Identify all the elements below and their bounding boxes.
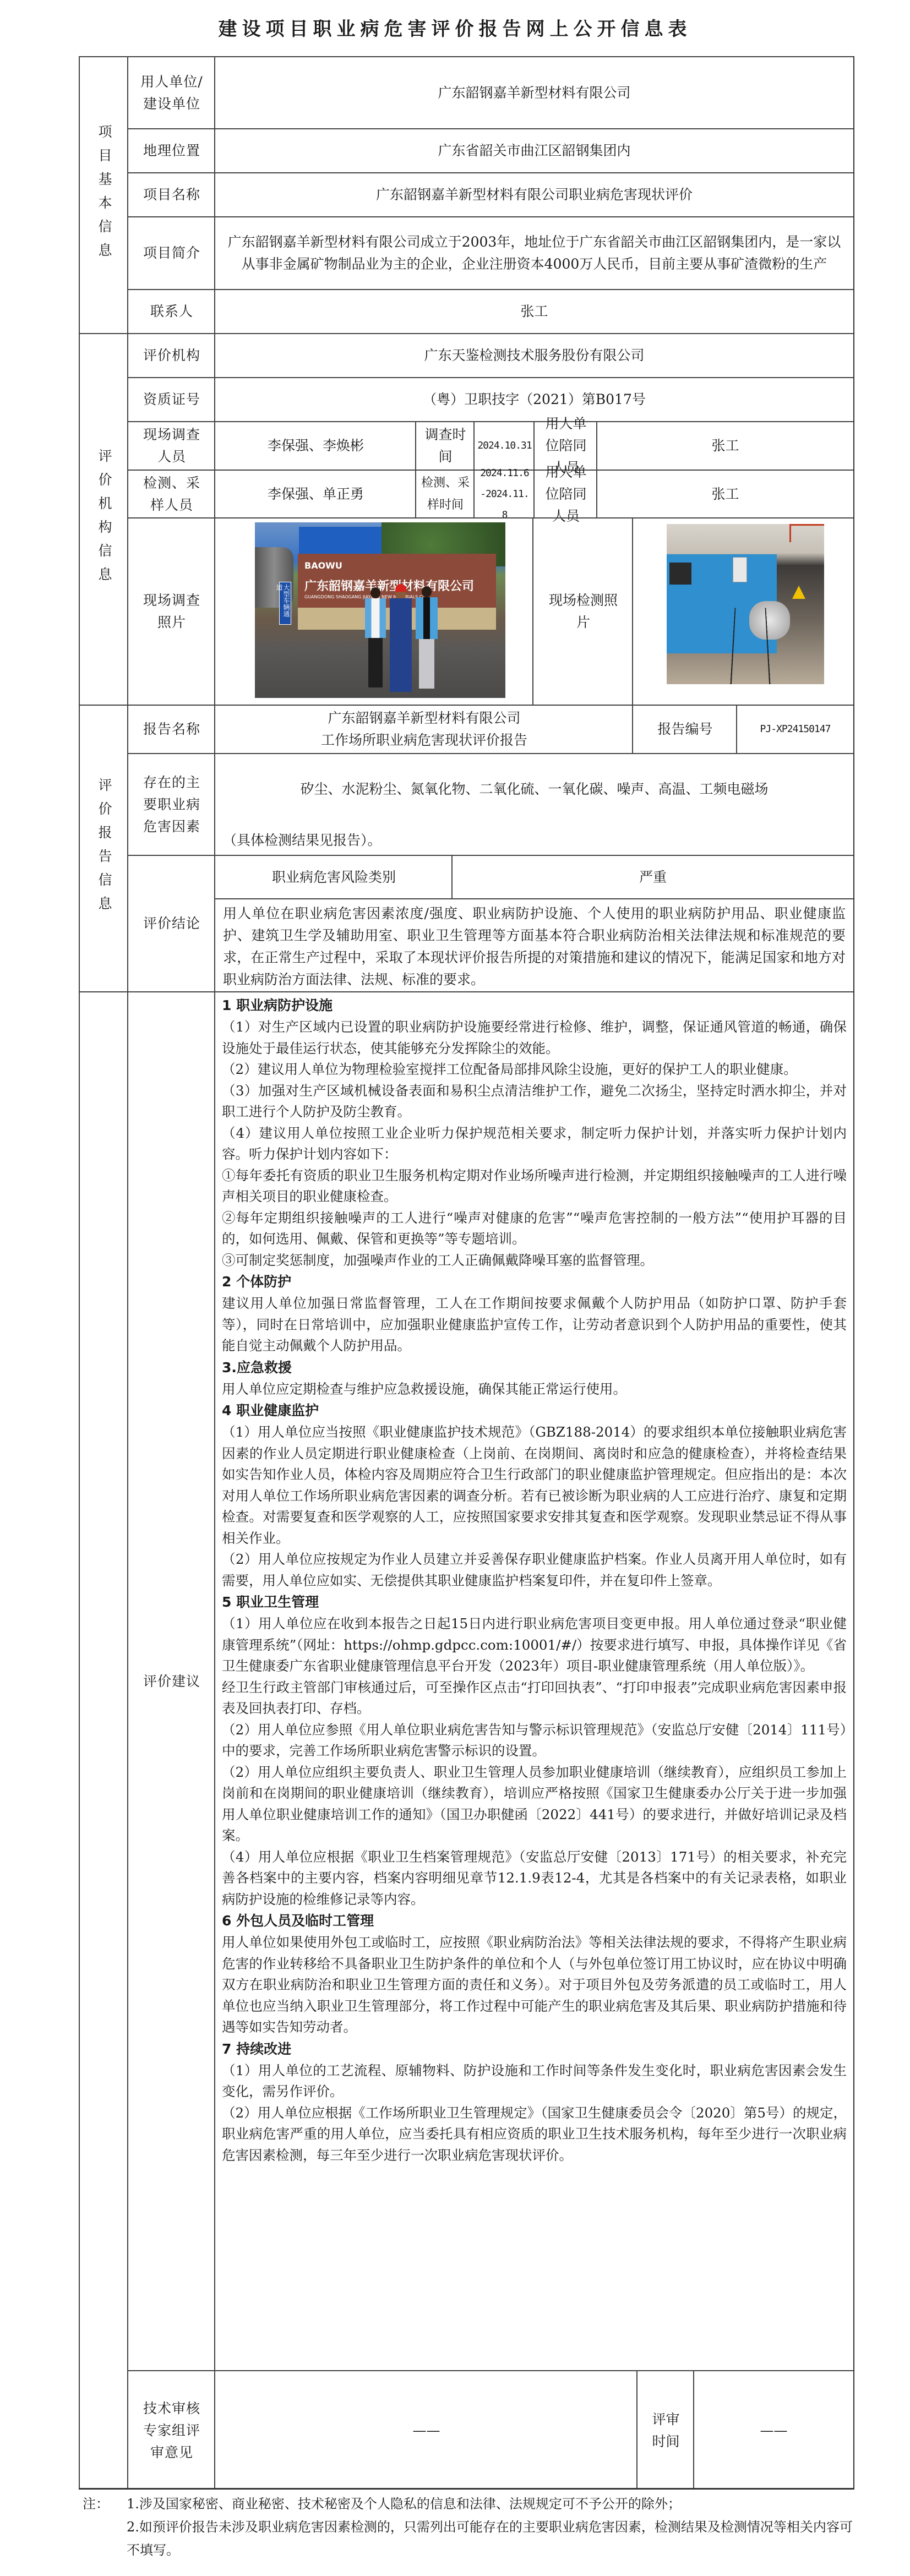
note-2: 2.如预评价报告未涉及职业病危害因素检测的，只需列出可能存在的主要职业病危害因素… [127,2515,853,2562]
sampling-staff-label: 检测、采样人员 [127,470,215,517]
recommendation-paragraph: 经卫生行政主管部门审核通过后，可至操作区点击“打印回执表”、“打印申报表”完成职… [222,1677,847,1720]
expert-review-label: 技术审核专家组评审意见 [127,2370,215,2490]
recommendation-heading: 6 外包人员及临时工管理 [222,1910,847,1932]
review-time-value: —— [693,2370,853,2490]
recommendation-paragraph: 建议用人单位加强日常监督管理，工人在工作期间按要求佩戴个人防护用品（如防护口罩、… [222,1293,847,1357]
person-1 [365,587,386,692]
recommendations-body: 1 职业病防护设施（1）对生产区域内已设置的职业病防护设施要经常进行检修、维护，… [214,991,853,2370]
recommendation-paragraph: ②每年定期组织接触噪声的工人进行“噪声对健康的危害”“噪声危害控制的一般方法”“… [222,1208,847,1250]
sampling-time-value: 2024.11.6-2024.11.8 [473,470,535,517]
report-name-line2: 工作场所职业病危害现状评价报告 [321,729,527,751]
red-frame [789,524,824,542]
site-detection-photo [667,524,824,684]
report-name-line1: 广东韶钢嘉羊新型材料有限公司 [328,707,520,729]
notes-indent [83,2515,127,2562]
recommendation-paragraph: 用人单位应定期检查与维护应急救援设施，确保其能正常运行使用。 [222,1379,847,1400]
conclusion-label: 评价结论 [127,855,215,991]
recommendation-paragraph: （1）用人单位应当按照《职业健康监护技术规范》（GBZ188-2014）的要求组… [222,1422,847,1549]
report-number-label: 报告编号 [632,705,737,753]
recommendation-paragraph: （2）用人单位应根据《工作场所职业卫生管理规定》（国家卫生健康委员会令〔2020… [222,2103,847,2166]
page-title: 建设项目职业病危害评价报告网上公开信息表 [0,15,910,43]
group-agency-info: 评价机构信息 [79,333,128,705]
sampling-time-label: 检测、采样时间 [415,470,475,517]
hazards-cell: 矽尘、水泥粉尘、氮氧化物、二氧化硫、一氧化碳、噪声、高温、工频电磁场 （具体检测… [214,753,853,855]
recommendation-paragraph: （1）对生产区域内已设置的职业病防护设施要经常进行检修、维护，调整，保证通风管道… [222,1017,847,1059]
road-sign: 大型车辆通道 [279,582,291,625]
recommendation-paragraph: （2）用人单位应组织主要负责人、职业卫生管理人员参加职业健康培训（继续教育），应… [222,1762,847,1847]
control-box [733,557,747,582]
recommendation-heading: 5 职业卫生管理 [222,1591,847,1613]
report-number-value: PJ-XP24150147 [736,705,853,753]
site-survey-photo: BAOWU 广东韶钢嘉羊新型材料有限公司 GUANGDONG SHAOGANG … [255,522,505,698]
survey-time-label: 调查时间 [415,421,475,470]
project-intro-value: 广东韶钢嘉羊新型材料有限公司成立于2003年，地址位于广东省韶关市曲江区韶钢集团… [214,216,853,289]
recommendation-paragraph: （2）建议用人单位为物理检验室搅拌工位配备局部排风除尘设施，更好的保护工人的职业… [222,1059,847,1080]
tripod [730,608,770,684]
cert-value: （粤）卫职技字（2021）第B017号 [214,377,853,421]
recommendation-paragraph: （2）用人单位应按规定为作业人员建立并妥善保存职业健康监护档案。作业人员离开用人… [222,1549,847,1591]
agency-value: 广东天鉴检测技术服务股份有限公司 [214,333,853,377]
recommendation-heading: 7 持续改进 [222,2038,847,2060]
recommendations-label: 评价建议 [127,991,215,2370]
recommendation-paragraph: （4）用人单位应根据《职业卫生档案管理规范》（安监总厅安健〔2013〕171号）… [222,1847,847,1911]
survey-staff-value: 李保强、李焕彬 [214,421,416,470]
survey-escort-value: 张工 [596,421,853,470]
hazards-note: （具体检测结果见报告）。 [223,829,846,852]
sign-brand: BAOWU [304,560,342,571]
sampling-escort-value: 张工 [596,470,853,517]
risk-label: 职业病危害风险类别 [214,855,453,898]
equipment-window [669,563,691,585]
conclusion-value: 用人单位在职业病危害因素浓度/强度、职业病防护设施、个人使用的职业病防护用品、职… [214,898,853,991]
person-3 [416,586,438,692]
recommendation-paragraph: （3）加强对生产区域机械设备表面和易积尘点清洁维护工作，避免二次扬尘，坚持定时洒… [222,1080,847,1123]
review-time-label: 评审时间 [636,2370,694,2490]
report-name-value: 广东韶钢嘉羊新型材料有限公司 工作场所职业病危害现状评价报告 [214,705,633,753]
contact-value: 张工 [214,289,853,333]
agency-label: 评价机构 [127,333,215,377]
recommendation-paragraph: （2）用人单位应参照《用人单位职业病危害告知与警示标识管理规范》（安监总厅安健〔… [222,1720,847,1762]
note-1: 1.涉及国家秘密、商业秘密、技术秘密及个人隐私的信息和法律、法规规定可不予公开的… [127,2492,853,2515]
recommendation-heading: 3.应急救援 [222,1357,847,1379]
contact-label: 联系人 [127,289,215,333]
recommendation-paragraph: ③可制定奖惩制度，加强噪声作业的工人正确佩戴降噪耳塞的监督管理。 [222,1250,847,1271]
recommendation-heading: 4 职业健康监护 [222,1400,847,1422]
person-2 [390,584,412,692]
recommendation-paragraph: （1）用人单位应在收到本报告之日起15日内进行职业病危害项目变更申报。用人单位通… [222,1613,847,1677]
detect-photo-label: 现场检测照片 [532,517,633,705]
hazards-value: 矽尘、水泥粉尘、氮氧化物、二氧化硫、一氧化碳、噪声、高温、工频电磁场 [223,778,846,800]
group-recommendations [79,991,128,2490]
survey-photo-label: 现场调查照片 [127,517,215,705]
sampling-staff-value: 李保强、单正勇 [214,470,416,517]
cert-label: 资质证号 [127,377,215,421]
survey-staff-label: 现场调查人员 [127,421,215,470]
recommendation-heading: 1 职业病防护设施 [222,995,847,1017]
sign-text: 广东韶钢嘉羊新型材料有限公司 [304,577,474,594]
location-value: 广东省韶关市曲江区韶钢集团内 [214,128,853,172]
employer-label: 用人单位/建设单位 [127,56,215,128]
recommendation-paragraph: 用人单位如果使用外包工或临时工，应按照《职业病防治法》等相关法律法规的要求，不得… [222,1932,847,2038]
expert-review-value: —— [214,2370,637,2490]
employer-value: 广东韶钢嘉羊新型材料有限公司 [214,56,853,128]
hazards-label: 存在的主要职业病危害因素 [127,753,215,855]
recommendation-heading: 2 个体防护 [222,1271,847,1293]
recommendation-paragraph: （1）用人单位的工艺流程、原辅物料、防护设施和工作时间等条件发生变化时，职业病危… [222,2060,847,2103]
warning-sign [792,586,805,599]
notes-prefix: 注： [83,2492,127,2515]
risk-value: 严重 [451,855,853,898]
project-intro-label: 项目简介 [127,216,215,289]
project-name-label: 项目名称 [127,172,215,216]
recommendation-paragraph: （4）建议用人单位按照工业企业听力保护规范相关要求，制定听力保护计划，并落实听力… [222,1123,847,1165]
group-project-info: 项目基本信息 [79,56,128,333]
group-report-info: 评价报告信息 [79,705,128,991]
location-label: 地理位置 [127,128,215,172]
footnotes: 注： 1.涉及国家秘密、商业秘密、技术秘密及个人隐私的信息和法律、法规规定可不予… [83,2492,853,2562]
sampling-escort-label: 用人单位陪同人员 [533,470,597,517]
report-name-label: 报告名称 [127,705,215,753]
recommendation-paragraph: ①每年委托有资质的职业卫生服务机构定期对作业场所噪声进行检测，并定期组织接触噪声… [222,1165,847,1208]
project-name-value: 广东韶钢嘉羊新型材料有限公司职业病危害现状评价 [214,172,853,216]
